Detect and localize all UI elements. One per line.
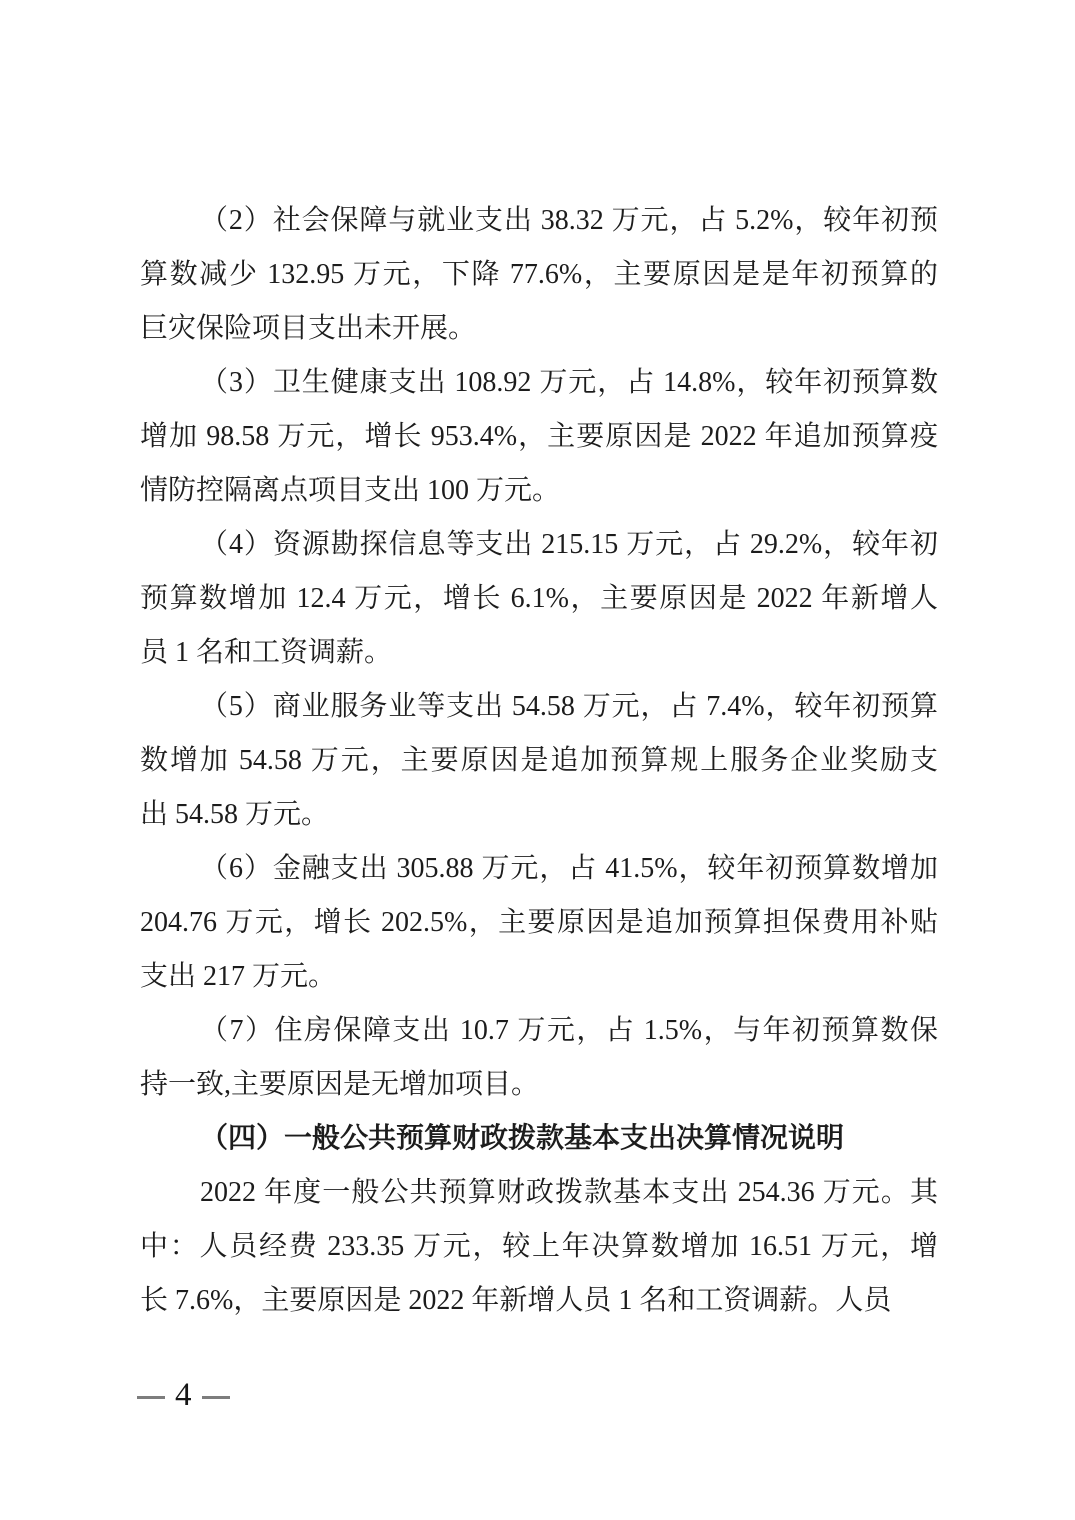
paragraph-line: 长 7.6%，主要原因是 2022 年新增人员 1 名和工资调薪。人员 [140,1274,938,1328]
paragraph-line: 情防控隔离点项目支出 100 万元。 [140,464,938,518]
paragraph-line: （2）社会保障与就业支出 38.32 万元，占 5.2%，较年初预 [140,194,938,248]
section-heading: （四）一般公共预算财政拨款基本支出决算情况说明 [140,1112,938,1166]
paragraph-line: 数增加 54.58 万元，主要原因是追加预算规上服务企业奖励支 [140,734,938,788]
paragraph-line: 支出 217 万元。 [140,950,938,1004]
paragraph-line: （6）金融支出 305.88 万元，占 41.5%，较年初预算数增加 [140,842,938,896]
paragraph-line: （3）卫生健康支出 108.92 万元，占 14.8%，较年初预算数 [140,356,938,410]
paragraph-line: 2022 年度一般公共预算财政拨款基本支出 254.36 万元。其 [140,1166,938,1220]
paragraph-line: 出 54.58 万元。 [140,788,938,842]
page-number: 4 [174,1379,193,1416]
footer-dash-right [202,1396,230,1399]
page-footer: 4 [137,1377,230,1417]
paragraph-line: 中：人员经费 233.35 万元，较上年决算数增加 16.51 万元，增 [140,1220,938,1274]
paragraph-line: （4）资源勘探信息等支出 215.15 万元，占 29.2%，较年初 [140,518,938,572]
footer-dash-left [137,1396,165,1399]
paragraph-line: 算数减少 132.95 万元，下降 77.6%，主要原因是是年初预算的 [140,248,938,302]
paragraph-line: （7）住房保障支出 10.7 万元，占 1.5%，与年初预算数保 [140,1004,938,1058]
paragraph-line: （5）商业服务业等支出 54.58 万元，占 7.4%，较年初预算 [140,680,938,734]
paragraph-line: 持一致,主要原因是无增加项目。 [140,1058,938,1112]
document-page: （2）社会保障与就业支出 38.32 万元，占 5.2%，较年初预算数减少 13… [0,0,1075,1520]
paragraph-line: 204.76 万元，增长 202.5%，主要原因是追加预算担保费用补贴 [140,896,938,950]
paragraph-line: 增加 98.58 万元，增长 953.4%，主要原因是 2022 年追加预算疫 [140,410,938,464]
paragraph-line: 员 1 名和工资调薪。 [140,626,938,680]
paragraph-line: 巨灾保险项目支出未开展。 [140,302,938,356]
paragraph-line: 预算数增加 12.4 万元，增长 6.1%，主要原因是 2022 年新增人 [140,572,938,626]
document-body: （2）社会保障与就业支出 38.32 万元，占 5.2%，较年初预算数减少 13… [140,194,938,1328]
